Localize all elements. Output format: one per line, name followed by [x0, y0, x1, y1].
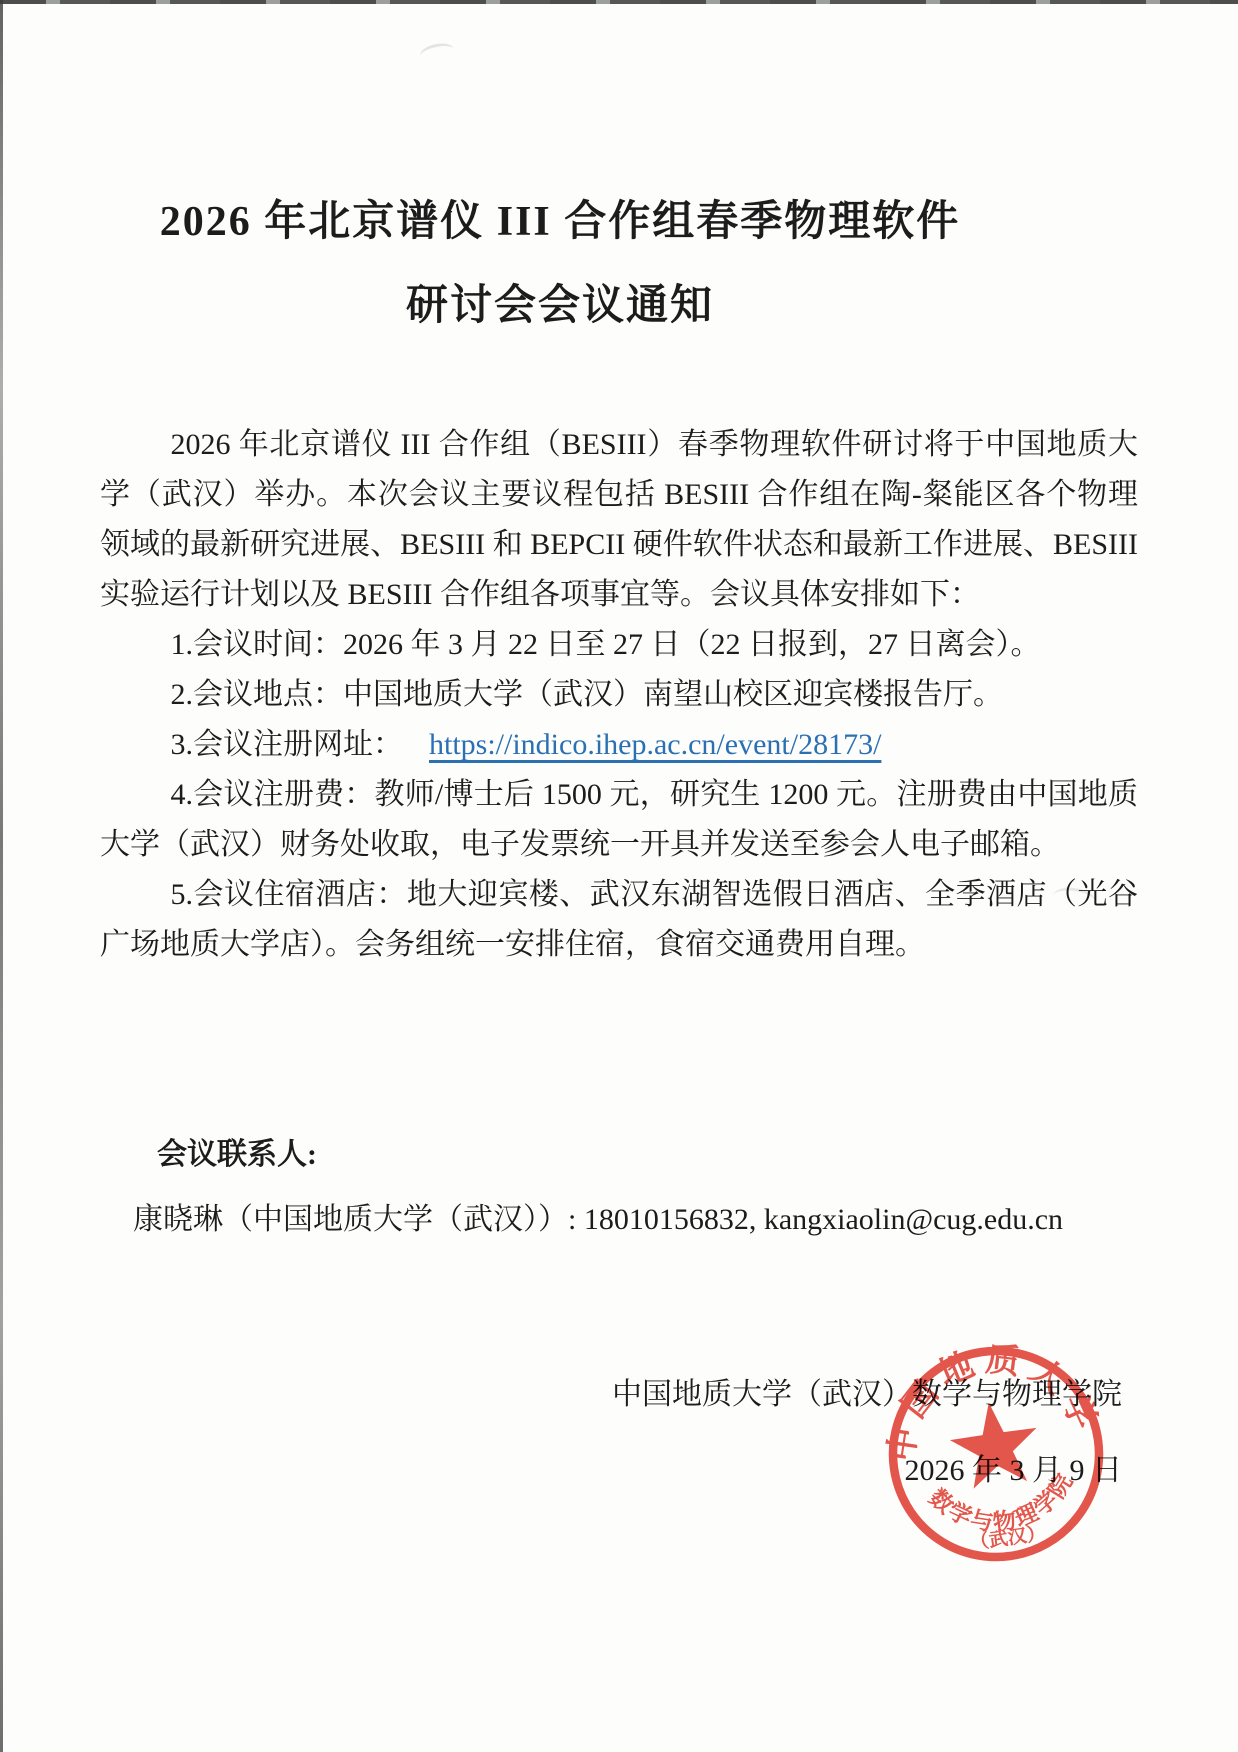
item-registration-fee: 4.会议注册费：教师/博士后 1500 元，研究生 1200 元。注册费由中国地…: [100, 770, 1138, 870]
item-meeting-venue: 2.会议地点：中国地质大学（武汉）南望山校区迎宾楼报告厅。: [100, 670, 1138, 720]
contact-heading: 会议联系人:: [100, 1130, 1138, 1180]
title-line-1: 2026 年北京谱仪 III 合作组春季物理软件: [100, 180, 1020, 264]
document-page: 2026 年北京谱仪 III 合作组春季物理软件 研讨会会议通知 2026 年北…: [0, 0, 1238, 1752]
title-line-2: 研讨会会议通知: [100, 264, 1020, 348]
official-seal: 中国地质大学 数学与物理学院 （武汉）: [884, 1342, 1108, 1566]
item-hotels: 5.会议住宿酒店：地大迎宾楼、武汉东湖智选假日酒店、全季酒店（光谷广场地质大学店…: [100, 870, 1138, 970]
document-title: 2026 年北京谱仪 III 合作组春季物理软件 研讨会会议通知: [100, 180, 1020, 348]
item-meeting-time: 1.会议时间：2026 年 3 月 22 日至 27 日（22 日报到，27 日…: [100, 620, 1138, 670]
official-seal-graphic: 中国地质大学 数学与物理学院 （武汉）: [884, 1342, 1108, 1566]
scan-edge-left: [0, 0, 3, 1752]
seal-star-icon: [945, 1396, 1043, 1491]
registration-url-label: 3.会议注册网址：: [171, 728, 404, 761]
registration-link[interactable]: https://indico.ihep.ac.cn/event/28173/: [429, 728, 881, 761]
document-content: 2026 年北京谱仪 III 合作组春季物理软件 研讨会会议通知 2026 年北…: [100, 0, 1138, 1496]
contact-info-line: 康晓琳（中国地质大学（武汉））: 18010156832, kangxiaoli…: [100, 1195, 1138, 1245]
item-registration-url: 3.会议注册网址：https://indico.ihep.ac.cn/event…: [100, 720, 1138, 770]
intro-paragraph: 2026 年北京谱仪 III 合作组（BESIII）春季物理软件研讨将于中国地质…: [100, 420, 1138, 620]
